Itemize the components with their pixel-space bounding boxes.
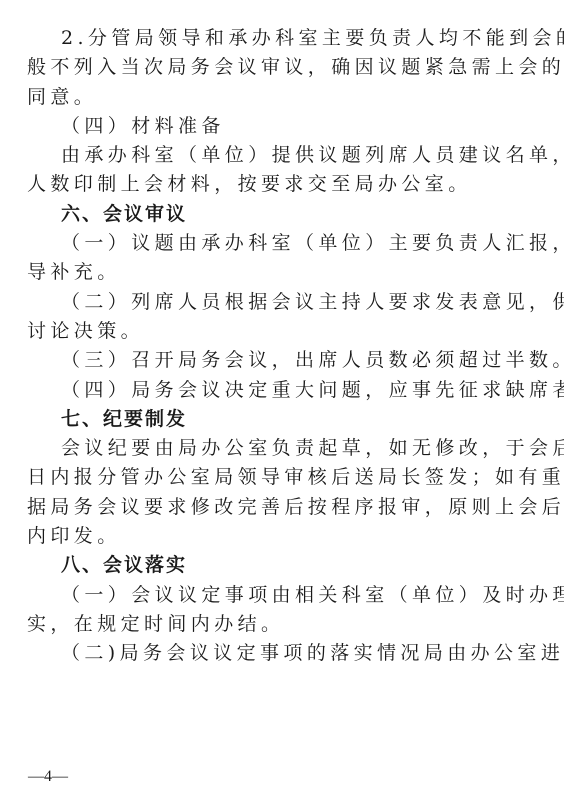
paragraph-line: 日内报分管办公室局领导审核后送局长签发；如有重大修改，根 bbox=[27, 463, 539, 492]
paragraph-line: 由承办科室（单位）提供议题列席人员建议名单，根据参加 bbox=[27, 141, 539, 170]
paragraph-line: 导补充。 bbox=[27, 258, 539, 287]
subsection-title: （四）材料准备 bbox=[27, 112, 539, 141]
paragraph-line: 据局务会议要求修改完善后按程序报审，原则上会后 4 个工作日 bbox=[27, 493, 539, 522]
paragraph-line: 般不列入当次局务会议审议，确因议题紧急需上会的，需经局长 bbox=[27, 53, 539, 82]
paragraph-line: （二）列席人员根据会议主持人要求发表意见，供局务会议 bbox=[27, 288, 539, 317]
paragraph-line: （三）召开局务会议，出席人员数必须超过半数。 bbox=[27, 346, 539, 375]
paragraph-line: 人数印制上会材料，按要求交至局办公室。 bbox=[27, 170, 539, 199]
paragraph-line: （四）局务会议决定重大问题，应事先征求缺席者的意见。 bbox=[27, 376, 539, 405]
paragraph-line: 同意。 bbox=[27, 83, 539, 112]
paragraph-line: （二)局务会议议定事项的落实情况局由办公室进行跟踪 bbox=[27, 639, 539, 668]
document-page: 2.分管局领导和承办科室主要负责人均不能到会的议题，一 般不列入当次局务会议审议… bbox=[27, 24, 539, 669]
section-heading: 七、纪要制发 bbox=[27, 405, 539, 434]
paragraph-line: 会议纪要由局办公室负责起草，如无修改，于会后 2 个工作 bbox=[27, 434, 539, 463]
section-heading: 八、会议落实 bbox=[27, 551, 539, 580]
page-number: —4— bbox=[28, 768, 68, 786]
paragraph-line: 2.分管局领导和承办科室主要负责人均不能到会的议题，一 bbox=[27, 24, 539, 53]
paragraph-line: 内印发。 bbox=[27, 522, 539, 551]
paragraph-line: 讨论决策。 bbox=[27, 317, 539, 346]
paragraph-line: （一）议题由承办科室（单位）主要负责人汇报，分管局领 bbox=[27, 229, 539, 258]
paragraph-line: （一）会议议定事项由相关科室（单位）及时办理、认真落 bbox=[27, 581, 539, 610]
paragraph-line: 实，在规定时间内办结。 bbox=[27, 610, 539, 639]
section-heading: 六、会议审议 bbox=[27, 200, 539, 229]
